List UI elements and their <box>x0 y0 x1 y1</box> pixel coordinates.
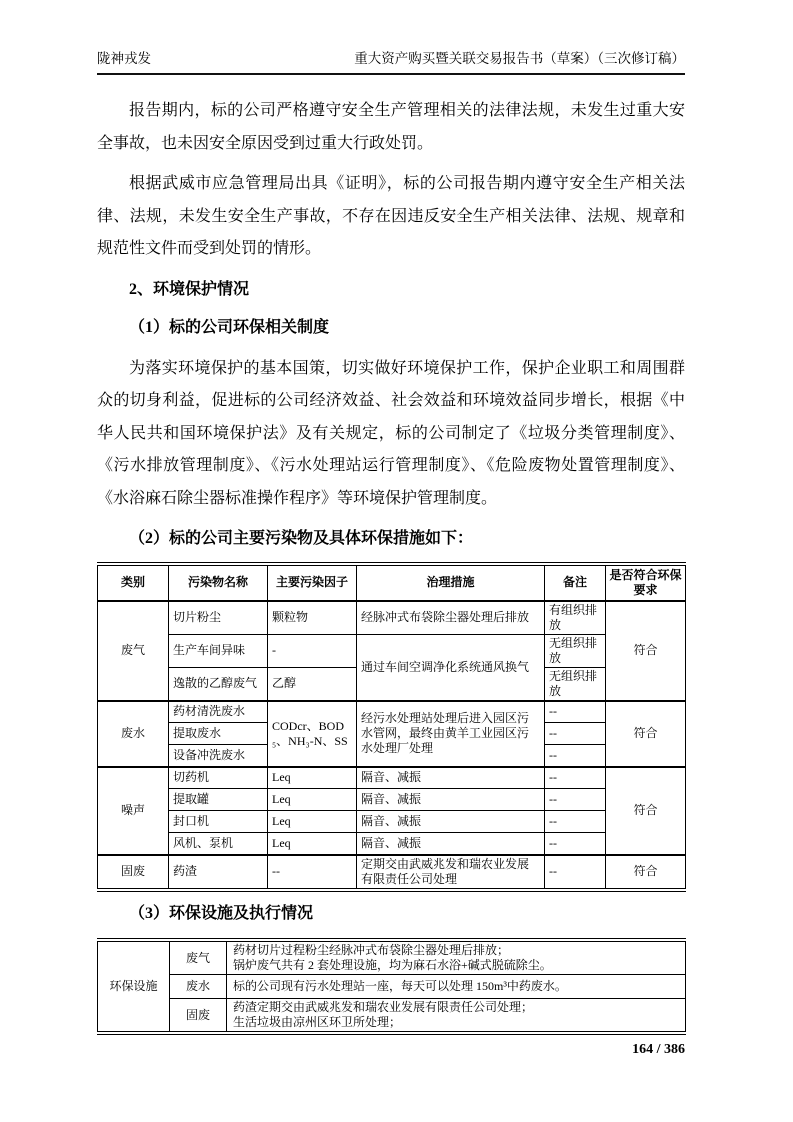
table-row: 生产车间异味 - 通过车间空调净化系统通风换气 无组织排放 <box>98 634 686 667</box>
cell-pollutant: 风机、泵机 <box>169 833 268 855</box>
facility-desc-line: 标的公司现有污水处理站一座，每天可以处理 150m³中药废水。 <box>233 979 679 994</box>
cell-measure: 经脉冲式布袋除尘器处理后排放 <box>357 601 545 635</box>
pollutant-table: 类别 污染物名称 主要污染因子 治理措施 备注 是否符合环保要求 废气 切片粉尘… <box>97 562 686 892</box>
cell-facility-type: 固废 <box>170 999 227 1034</box>
table-row: 环保设施 废气 药材切片过程粉尘经脉冲式布袋除尘器处理后排放； 锅炉废气共有 2… <box>98 940 686 975</box>
cell-category-noise: 噪声 <box>98 767 169 855</box>
cell-note: -- <box>545 701 606 723</box>
cell-factor: 颗粒物 <box>268 601 357 635</box>
cell-note: -- <box>545 745 606 767</box>
cell-note: -- <box>545 855 606 890</box>
cell-factor: - <box>268 634 357 667</box>
heading-env-system: （1）标的公司环保相关制度 <box>97 312 685 345</box>
cell-measure: 隔音、减振 <box>357 811 545 833</box>
cell-facility-type: 废气 <box>170 940 227 975</box>
cell-factor: 乙醇 <box>268 667 357 701</box>
cell-measure: 隔音、减振 <box>357 767 545 789</box>
cell-measure: 隔音、减振 <box>357 789 545 811</box>
table-row: 固废 药渣 -- 定期交由武威兆发和瑞农业发展有限责任公司处理 -- 符合 <box>98 855 686 890</box>
cell-facility-desc: 药渣定期交由武威兆发和瑞农业发展有限责任公司处理； 生活垃圾由凉州区环卫所处理； <box>227 999 686 1034</box>
table-row: 废水 标的公司现有污水处理站一座，每天可以处理 150m³中药废水。 <box>98 975 686 999</box>
facility-table: 环保设施 废气 药材切片过程粉尘经脉冲式布袋除尘器处理后排放； 锅炉废气共有 2… <box>97 938 686 1035</box>
cell-factor: Leq <box>268 833 357 855</box>
header-report-title: 重大资产购买暨关联交易报告书（草案）（三次修订稿） <box>354 50 685 68</box>
col-header-factor: 主要污染因子 <box>268 564 357 601</box>
facility-desc-line: 锅炉废气共有 2 套处理设施，均为麻石水浴+碱式脱硫除尘。 <box>233 958 679 973</box>
cell-pollutant: 切药机 <box>169 767 268 789</box>
facility-desc-line: 生活垃圾由凉州区环卫所处理； <box>233 1015 679 1030</box>
heading-env-facilities: （3）环保设施及执行情况 <box>97 898 685 931</box>
facility-desc-line: 药材切片过程粉尘经脉冲式布袋除尘器处理后排放； <box>233 943 679 958</box>
cell-category-waste-water: 废水 <box>98 701 169 767</box>
table-row: 废气 切片粉尘 颗粒物 经脉冲式布袋除尘器处理后排放 有组织排放 符合 <box>98 601 686 635</box>
page-header: 陇神戎发 重大资产购买暨关联交易报告书（草案）（三次修订稿） <box>97 50 685 75</box>
cell-measure: 定期交由武威兆发和瑞农业发展有限责任公司处理 <box>357 855 545 890</box>
cell-note: -- <box>545 833 606 855</box>
table-row: 封口机 Leq 隔音、减振 -- <box>98 811 686 833</box>
cell-pollutant: 药渣 <box>169 855 268 890</box>
cell-compliance: 符合 <box>606 767 686 855</box>
table-row: 提取罐 Leq 隔音、减振 -- <box>98 789 686 811</box>
page-number: 164 / 386 <box>632 1042 685 1057</box>
cell-note: -- <box>545 723 606 745</box>
table-row: 废水 药材清洗废水 CODcr、BOD₅、NH₃-N、SS 经污水处理站处理后进… <box>98 701 686 723</box>
cell-measure: 隔音、减振 <box>357 833 545 855</box>
table-row: 风机、泵机 Leq 隔音、减振 -- <box>98 833 686 855</box>
cell-pollutant: 逸散的乙醇废气 <box>169 667 268 701</box>
page-footer: 164 / 386 <box>97 1041 685 1058</box>
paragraph-env-policy: 为落实环境保护的基本国策，切实做好环境保护工作，保护企业职工和周围群众的切身利益… <box>97 353 685 516</box>
cell-factor: CODcr、BOD₅、NH₃-N、SS <box>268 701 357 767</box>
col-header-compliance: 是否符合环保要求 <box>606 564 686 601</box>
col-header-category: 类别 <box>98 564 169 601</box>
cell-pollutant: 切片粉尘 <box>169 601 268 635</box>
cell-facility-desc: 标的公司现有污水处理站一座，每天可以处理 150m³中药废水。 <box>227 975 686 999</box>
cell-note: -- <box>545 811 606 833</box>
cell-pollutant: 生产车间异味 <box>169 634 268 667</box>
cell-pollutant: 封口机 <box>169 811 268 833</box>
cell-facility-desc: 药材切片过程粉尘经脉冲式布袋除尘器处理后排放； 锅炉废气共有 2 套处理设施，均… <box>227 940 686 975</box>
cell-note: -- <box>545 767 606 789</box>
cell-compliance: 符合 <box>606 855 686 890</box>
cell-compliance: 符合 <box>606 601 686 701</box>
cell-pollutant: 提取罐 <box>169 789 268 811</box>
cell-category-waste-gas: 废气 <box>98 601 169 701</box>
paragraph-safety-compliance: 报告期内，标的公司严格遵守安全生产管理相关的法律法规，未发生过重大安全事故，也未… <box>97 95 685 160</box>
document-page: 陇神戎发 重大资产购买暨关联交易报告书（草案）（三次修订稿） 报告期内，标的公司… <box>0 0 793 1122</box>
col-header-pollutant-name: 污染物名称 <box>169 564 268 601</box>
cell-factor: -- <box>268 855 357 890</box>
pollutant-table-header-row: 类别 污染物名称 主要污染因子 治理措施 备注 是否符合环保要求 <box>98 564 686 601</box>
cell-factor: Leq <box>268 811 357 833</box>
cell-pollutant: 药材清洗废水 <box>169 701 268 723</box>
cell-facility-type: 废水 <box>170 975 227 999</box>
facility-desc-line: 药渣定期交由武威兆发和瑞农业发展有限责任公司处理； <box>233 1000 679 1015</box>
col-header-note: 备注 <box>545 564 606 601</box>
cell-factor: Leq <box>268 789 357 811</box>
cell-pollutant: 提取废水 <box>169 723 268 745</box>
cell-measure: 经污水处理站处理后进入园区污水管网，最终由黄羊工业园区污水处理厂处理 <box>357 701 545 767</box>
col-header-measure: 治理措施 <box>357 564 545 601</box>
heading-environment-protection: 2、环境保护情况 <box>97 274 685 307</box>
cell-category-solid-waste: 固废 <box>98 855 169 890</box>
cell-compliance: 符合 <box>606 701 686 767</box>
table-row: 固废 药渣定期交由武威兆发和瑞农业发展有限责任公司处理； 生活垃圾由凉州区环卫所… <box>98 999 686 1034</box>
header-company-name: 陇神戎发 <box>97 50 151 68</box>
cell-pollutant: 设备冲洗废水 <box>169 745 268 767</box>
cell-note: 无组织排放 <box>545 634 606 667</box>
heading-pollutants: （2）标的公司主要污染物及具体环保措施如下： <box>97 523 685 556</box>
cell-measure: 通过车间空调净化系统通风换气 <box>357 634 545 701</box>
cell-note: -- <box>545 789 606 811</box>
cell-facility-category: 环保设施 <box>98 940 170 1033</box>
cell-note: 有组织排放 <box>545 601 606 635</box>
paragraph-safety-certificate: 根据武威市应急管理局出具《证明》，标的公司报告期内遵守安全生产相关法律、法规，未… <box>97 168 685 266</box>
cell-note: 无组织排放 <box>545 667 606 701</box>
table-row: 噪声 切药机 Leq 隔音、减振 -- 符合 <box>98 767 686 789</box>
cell-factor: Leq <box>268 767 357 789</box>
